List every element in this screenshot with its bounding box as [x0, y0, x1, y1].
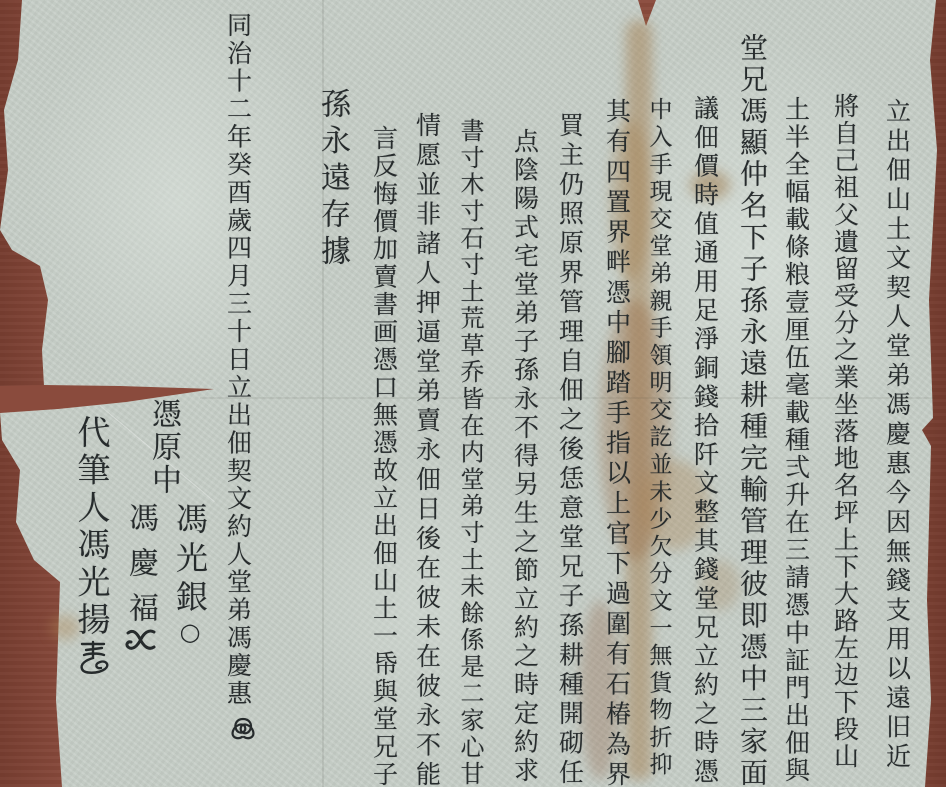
double-loop-mark-icon: [229, 715, 257, 741]
circle-mark-icon: ○: [180, 620, 201, 644]
scribe-label: 代筆人: [73, 415, 112, 527]
contract-text-column: 中入手現交堂弟親手領明交訖並未少欠分文一無貨物折抑: [647, 97, 670, 775]
cross-loop-mark-icon: [124, 627, 158, 653]
contract-text-column: 点陰陽式宅堂弟子孫永不得另生之節立約之時定約求: [513, 128, 538, 782]
contract-text-column: 堂兄馮顯仲名下子孫永遠耕種完輸管理彼即憑中三家面: [738, 33, 766, 786]
contract-text-column: 情愿並非諸人押逼堂弟賣永佃日後在彼未在彼永不能: [415, 112, 440, 786]
signature-flourish-mark-icon: [74, 638, 114, 676]
contract-text-column: 立出佃山土文契人堂弟馮慶惠今因無錢支用以遠旧近: [885, 98, 910, 768]
scribe-name: 馮光揚: [73, 527, 112, 639]
witness-name: 馮光銀: [174, 502, 206, 612]
contract-text-column: 議佃價時值通用足淨銅錢拾阡文整其錢堂兄立約之時憑: [693, 95, 718, 783]
contract-text-column: 土半全幅載條粮壹厘伍毫載種弍升在三請憑中証門出佃與: [784, 96, 809, 782]
contract-text-column: 將自己祖父遺留受分之業坐落地名坪上下大路左边下段山: [833, 93, 858, 768]
scribe-line: 代筆人馮光揚: [76, 415, 109, 635]
witness-label: 憑原中: [148, 398, 178, 494]
contract-closing-column: 孫永遠存據: [317, 88, 347, 265]
contract-text-column: 言反悔價加賣書画憑口無憑故立出佃山土一帋與堂兄子: [372, 125, 397, 786]
contract-text-column: 書寸木寸石寸土荒草乔皆在内堂弟寸土未餘係是二家心甘: [458, 118, 482, 785]
witness-name: 馮慶福: [125, 502, 155, 622]
contract-text-column: 其有四置界畔憑中腳踏手指以上官下過圍有石椿為界: [605, 98, 630, 786]
date-signer-line: 同治十二年癸酉歲四月三十日立出佃契文約人堂弟馮慶惠: [226, 12, 251, 705]
contract-text-column: 買主仍照原界管理自佃之後恁意堂兄子孫耕種開砌任: [558, 112, 583, 784]
